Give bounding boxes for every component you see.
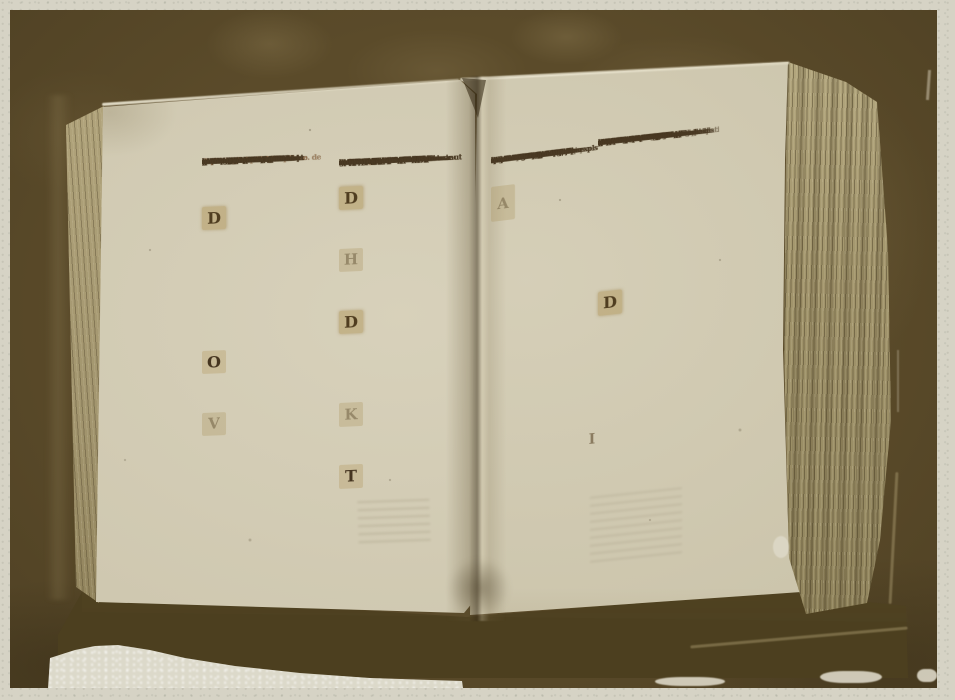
white-spot: [820, 671, 882, 683]
white-spot: [655, 677, 725, 686]
scratch-mark: [897, 350, 899, 412]
gutter-shadow: [446, 76, 506, 621]
photo-mount: et dua tyrapni supaunttorinenta: pia eiu…: [0, 0, 955, 700]
white-spot: [917, 669, 937, 682]
ink-showthrough-left: [357, 499, 430, 543]
gutter-bottom-shadow: [448, 558, 510, 618]
white-fleck-fore-edge: [773, 536, 789, 558]
ink-showthrough-right: [590, 487, 682, 567]
